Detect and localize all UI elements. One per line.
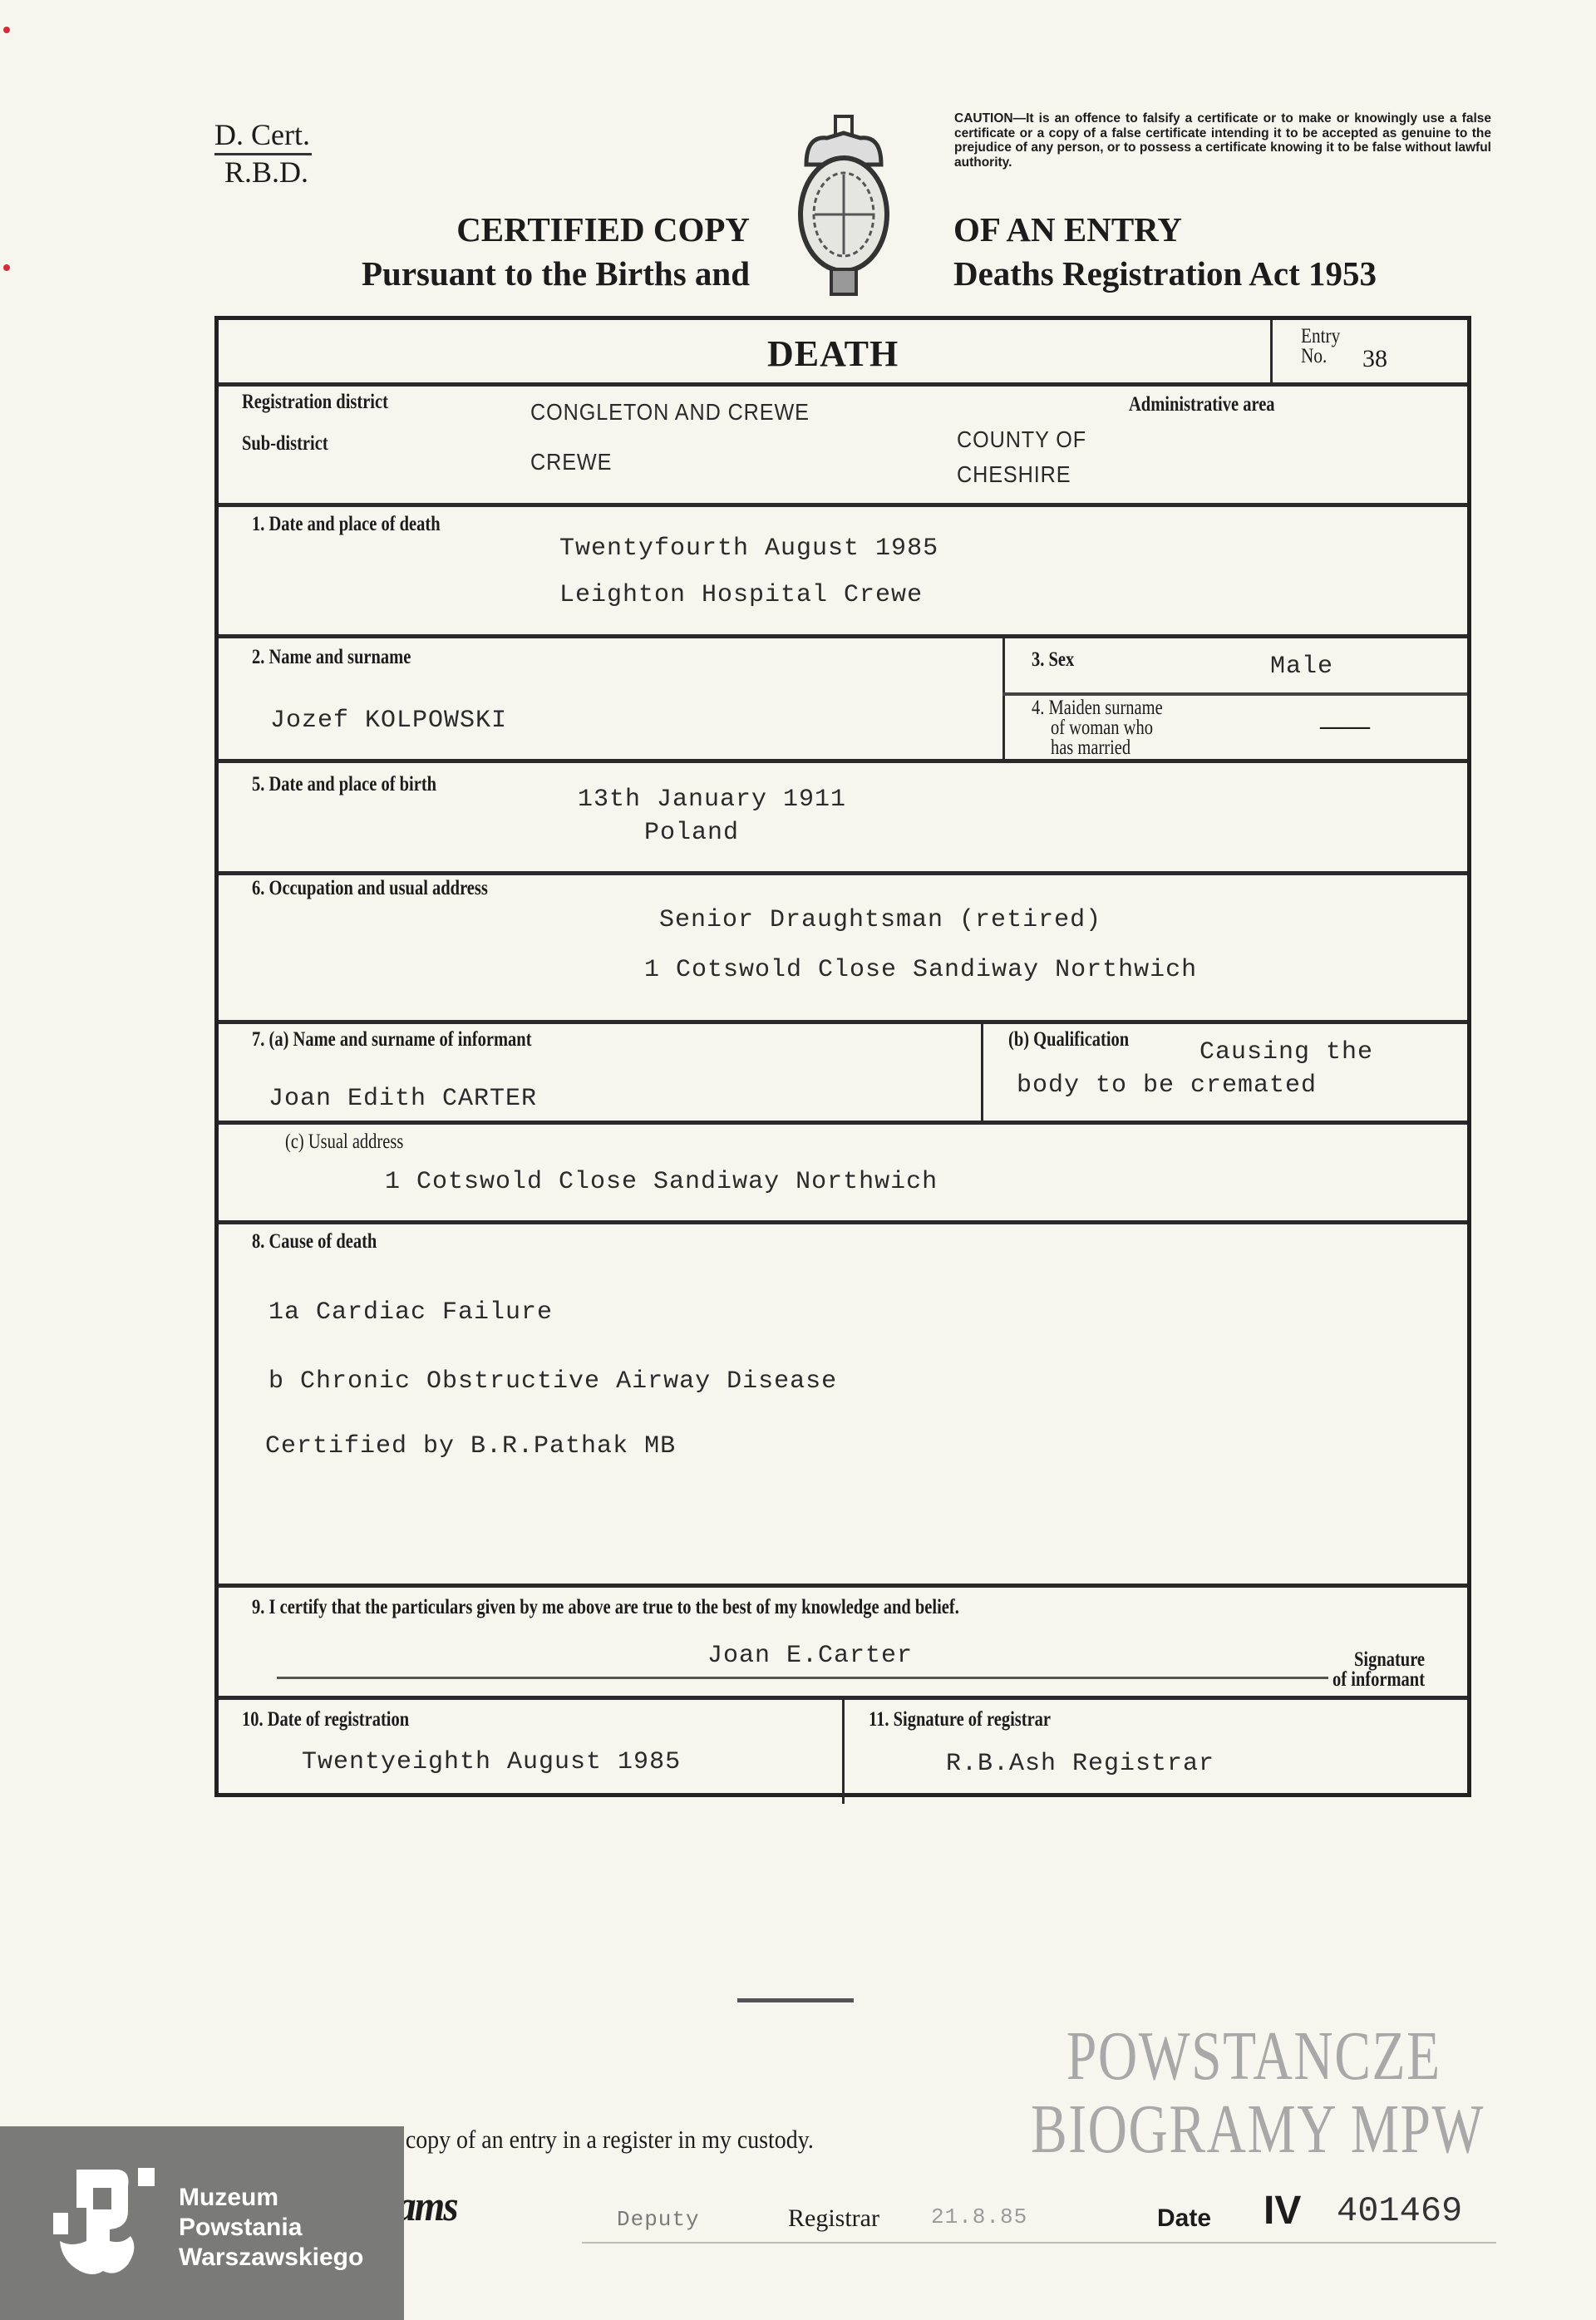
red-ink-mark — [3, 27, 10, 33]
sub-district-label: Sub-district — [242, 432, 328, 456]
occupation-value: Senior Draughtsman (retired) — [659, 906, 1101, 934]
divider — [219, 871, 1467, 875]
registration-date-label: 10. Date of registration — [242, 1708, 409, 1731]
sub-district-value: CREWE — [530, 449, 612, 475]
registrar-signature-label: 11. Signature of registrar — [869, 1708, 1051, 1731]
qualification-label: (b) Qualification — [1008, 1028, 1129, 1052]
maiden-label-line1: 4. Maiden surname — [1032, 698, 1163, 718]
divider — [219, 1121, 1467, 1125]
maiden-label-line3: has married — [1032, 738, 1163, 758]
birth-label: 5. Date and place of birth — [252, 773, 436, 796]
cause-line1: 1a Cardiac Failure — [268, 1298, 553, 1327]
birth-date: 13th January 1911 — [578, 786, 846, 814]
registration-district-value: CONGLETON AND CREWE — [530, 399, 810, 426]
signature-label-line1: Signature — [1332, 1650, 1425, 1670]
death-place: Leighton Hospital Crewe — [559, 581, 923, 609]
cause-line3: Certified by B.R.Pathak MB — [265, 1432, 676, 1460]
divider — [219, 503, 1467, 507]
divider — [842, 1696, 845, 1804]
divider — [1002, 692, 1467, 696]
divider — [219, 1020, 1467, 1024]
certify-label: 9. I certify that the particulars given … — [252, 1596, 959, 1619]
divider — [981, 1020, 983, 1125]
serial-prefix: IV — [1263, 2188, 1301, 2234]
footer-line — [582, 2242, 1496, 2244]
museum-name-line2: Powstania — [179, 2213, 363, 2243]
divider — [219, 759, 1467, 763]
watermark-line1: POWSTANCZE — [1031, 2020, 1485, 2093]
deputy-label: Deputy — [617, 2207, 700, 2232]
informant-name: Joan Edith CARTER — [268, 1085, 537, 1113]
divider — [219, 634, 1467, 638]
divider-dash — [737, 1998, 854, 2002]
registrar-label: Registrar — [788, 2204, 879, 2233]
divider — [219, 382, 1467, 387]
occupation-address: 1 Cotswold Close Sandiway Northwich — [644, 956, 1197, 984]
name-label: 2. Name and surname — [252, 646, 411, 669]
entry-label-line2: No. — [1301, 347, 1340, 367]
title-act: Deaths Registration Act 1953 — [953, 252, 1377, 296]
registration-district-label: Registration district — [242, 391, 388, 414]
title-left: CERTIFIED COPY Pursuant to the Births an… — [362, 208, 750, 296]
maiden-label: 4. Maiden surname of woman who has marri… — [1032, 698, 1163, 758]
title-of-an-entry: OF AN ENTRY — [953, 208, 1377, 252]
sex-label: 3. Sex — [1032, 648, 1074, 672]
sex-value: Male — [1270, 653, 1333, 681]
museum-name-line1: Muzeum — [179, 2183, 363, 2213]
qualification-line2: body to be cremated — [1017, 1071, 1317, 1100]
divider — [219, 1220, 1467, 1224]
occupation-label: 6. Occupation and usual address — [252, 877, 488, 900]
birth-place: Poland — [644, 819, 739, 847]
administrative-area-line2: CHESHIRE — [957, 461, 1071, 488]
caution-notice: CAUTION—It is an offence to falsify a ce… — [954, 111, 1491, 170]
administrative-area-line1: COUNTY OF — [957, 426, 1086, 453]
divider — [1270, 320, 1273, 387]
cause-label: 8. Cause of death — [252, 1230, 377, 1254]
serial-number: 401469 — [1337, 2191, 1462, 2231]
museum-name: Muzeum Powstania Warszawskiego — [179, 2183, 363, 2273]
watermark: POWSTANCZE BIOGRAMY MPW — [1031, 2020, 1485, 2166]
signature-line — [277, 1677, 1328, 1679]
red-ink-mark — [3, 264, 10, 271]
signature-label: Signature of informant — [1332, 1650, 1425, 1690]
death-label: 1. Date and place of death — [252, 513, 441, 536]
certification-date: 21.8.85 — [931, 2204, 1027, 2229]
death-date: Twentyfourth August 1985 — [559, 534, 938, 563]
maiden-label-line2: of woman who — [1032, 718, 1163, 738]
entry-label: Entry No. — [1301, 327, 1340, 367]
divider — [219, 1584, 1467, 1588]
informant-signature: Joan E.Carter — [707, 1642, 913, 1670]
divider — [1002, 634, 1005, 759]
informant-address-label: (c) Usual address — [285, 1130, 403, 1154]
title-pursuant: Pursuant to the Births and — [362, 252, 750, 296]
royal-coat-of-arms-icon — [790, 115, 898, 298]
administrative-area-label: Administrative area — [1129, 393, 1275, 416]
registrar-signature-value: R.B.Ash Registrar — [946, 1750, 1214, 1778]
title-right: OF AN ENTRY Deaths Registration Act 1953 — [953, 208, 1377, 296]
entry-number: 38 — [1362, 345, 1387, 373]
kotwica-anchor-logo-icon — [52, 2161, 160, 2286]
registration-date-value: Twentyeighth August 1985 — [302, 1748, 681, 1776]
death-entry-form: DEATH Entry No. 38 Registration district… — [214, 316, 1471, 1797]
museum-name-line3: Warszawskiego — [179, 2243, 363, 2273]
form-code: D. Cert. R.B.D. — [214, 118, 312, 189]
date-label: Date — [1157, 2204, 1211, 2233]
museum-badge: Muzeum Powstania Warszawskiego — [0, 2126, 404, 2320]
informant-label: 7. (a) Name and surname of informant — [252, 1028, 532, 1052]
form-heading: DEATH — [767, 332, 899, 375]
watermark-line2: BIOGRAMY MPW — [1031, 2093, 1485, 2166]
qualification-line1: Causing the — [1199, 1038, 1373, 1066]
cause-line2: b Chronic Obstructive Airway Disease — [268, 1367, 837, 1396]
maiden-value: —— — [1320, 712, 1370, 741]
form-code-bottom: R.B.D. — [214, 155, 308, 189]
entry-label-line1: Entry — [1301, 327, 1340, 347]
informant-address: 1 Cotswold Close Sandiway Northwich — [385, 1168, 938, 1196]
signature-label-line2: of informant — [1332, 1670, 1425, 1690]
title-certified-copy: CERTIFIED COPY — [362, 208, 750, 252]
name-value: Jozef KOLPOWSKI — [270, 707, 507, 735]
form-code-top: D. Cert. — [214, 118, 312, 155]
